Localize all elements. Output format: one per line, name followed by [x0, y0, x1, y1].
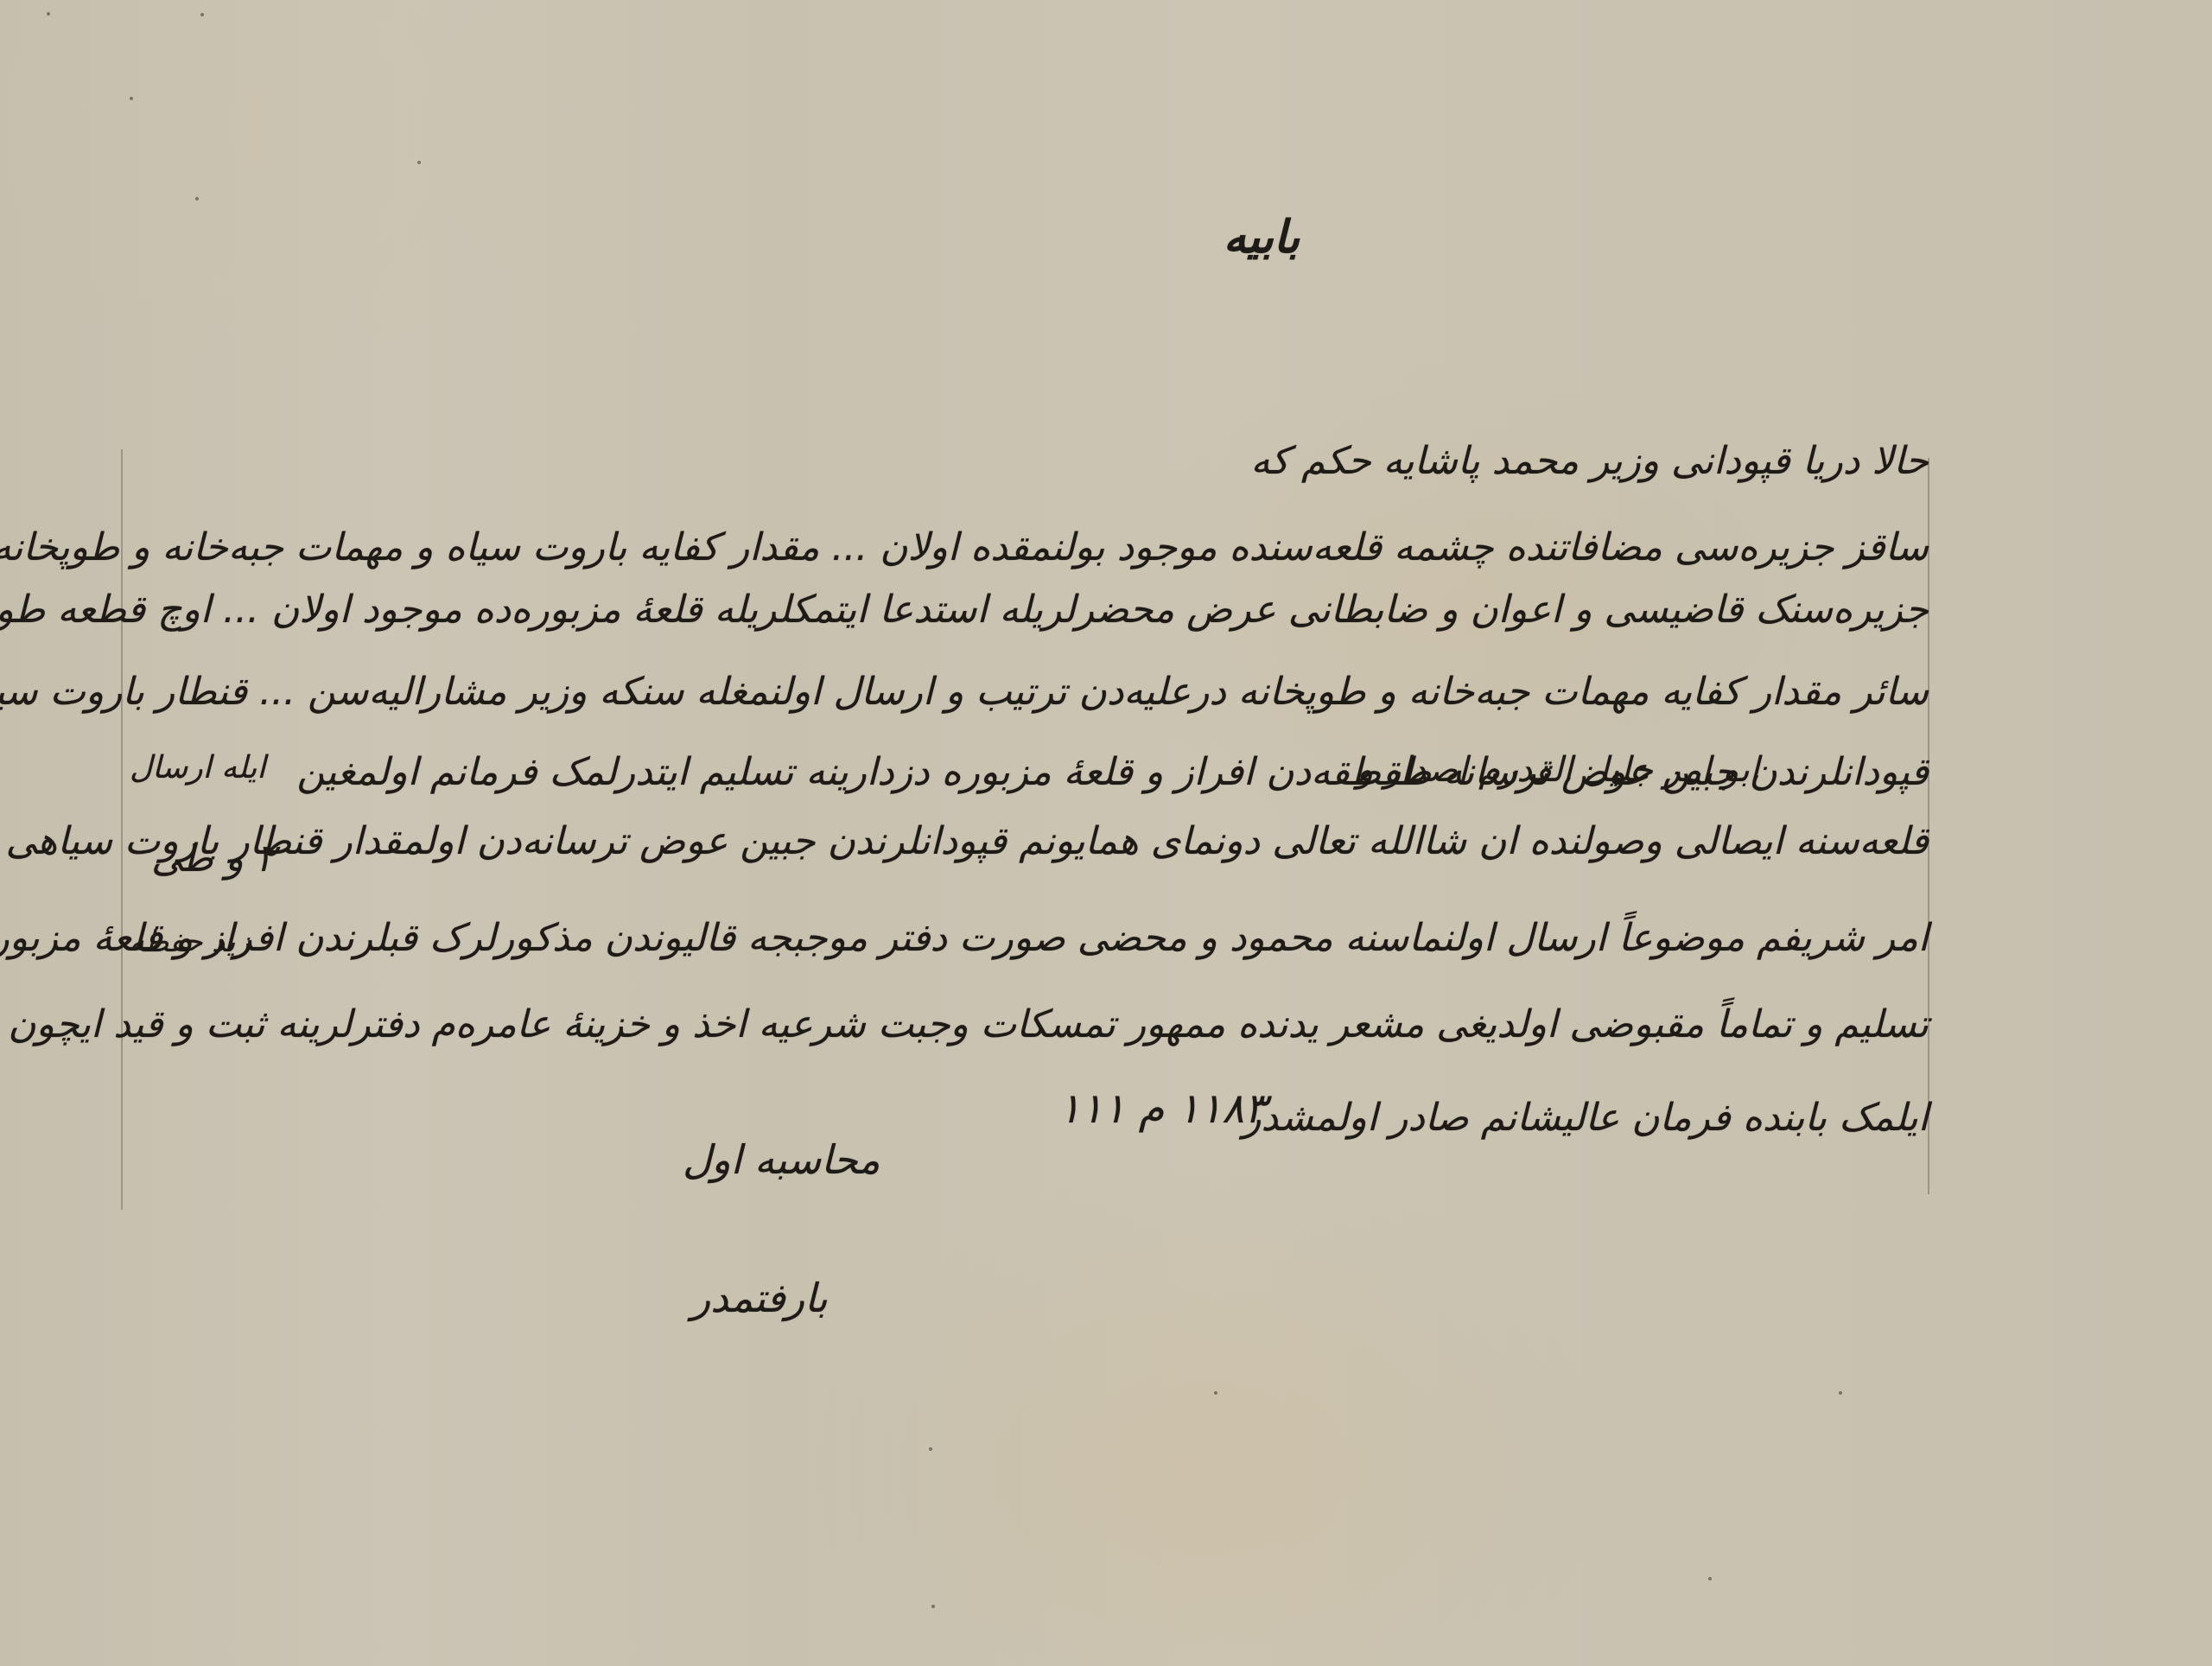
body-line-1: حالا دریا قپودانی وزیر محمد پاشایه حکم ک… [1220, 439, 1929, 483]
paper-speck [1214, 1391, 1217, 1395]
paper-speck [200, 13, 204, 16]
body-line-4: سائر مقدار کفایه مهمات جبه‌خانه و طوپخان… [123, 670, 1929, 714]
paper-speck [195, 197, 199, 200]
paper-speck [931, 1605, 935, 1608]
body-line-2: ساقز جزیره‌سی مضافاتنده چشمه قلعه‌سنده م… [123, 525, 1929, 569]
paper-speck [130, 97, 133, 100]
body-line-7: امر شریفم موضوعاً ارسال اولنماسنه محمود … [615, 916, 1929, 960]
footer-note-1: محاسبه اول [683, 1136, 880, 1183]
body-line-6: قلعه‌سنه ایصالی وصولنده ان شاالله تعالی … [123, 819, 1929, 863]
margin-note-2: ابو امر جلیل القدرم اصدار و [1357, 750, 1759, 790]
document-page: بابیه حالا دریا قپودانی وزیر محمد پاشایه… [0, 0, 2212, 1666]
body-line-9: ایلمک بابنده فرمان عالیشانم صادر اولمشدر [1255, 1096, 1929, 1140]
paper-speck [1708, 1577, 1712, 1580]
paper-speck [1839, 1391, 1842, 1395]
margin-note-1: ایله ارسال [130, 750, 265, 785]
paper-speck [417, 161, 421, 164]
body-line-3: جزیره‌سنک قاضیسی و اعوان و ضابطانی عرض م… [123, 588, 1929, 632]
margin-note-4: زید حفظه [130, 925, 250, 959]
document-date: ۱۱۸۳ م ۱۱۱ [1058, 1084, 1267, 1133]
document-heading: بابیه [1175, 212, 1348, 264]
footer-note-2: بارفتمدر [691, 1275, 828, 1321]
margin-note-3: ۲ و طی [151, 836, 276, 881]
body-line-8: تسلیم و تماماً مقبوضی اولدیغی مشعر یدنده… [123, 1002, 1929, 1046]
paper-speck [47, 12, 50, 16]
paper-speck [929, 1447, 932, 1451]
